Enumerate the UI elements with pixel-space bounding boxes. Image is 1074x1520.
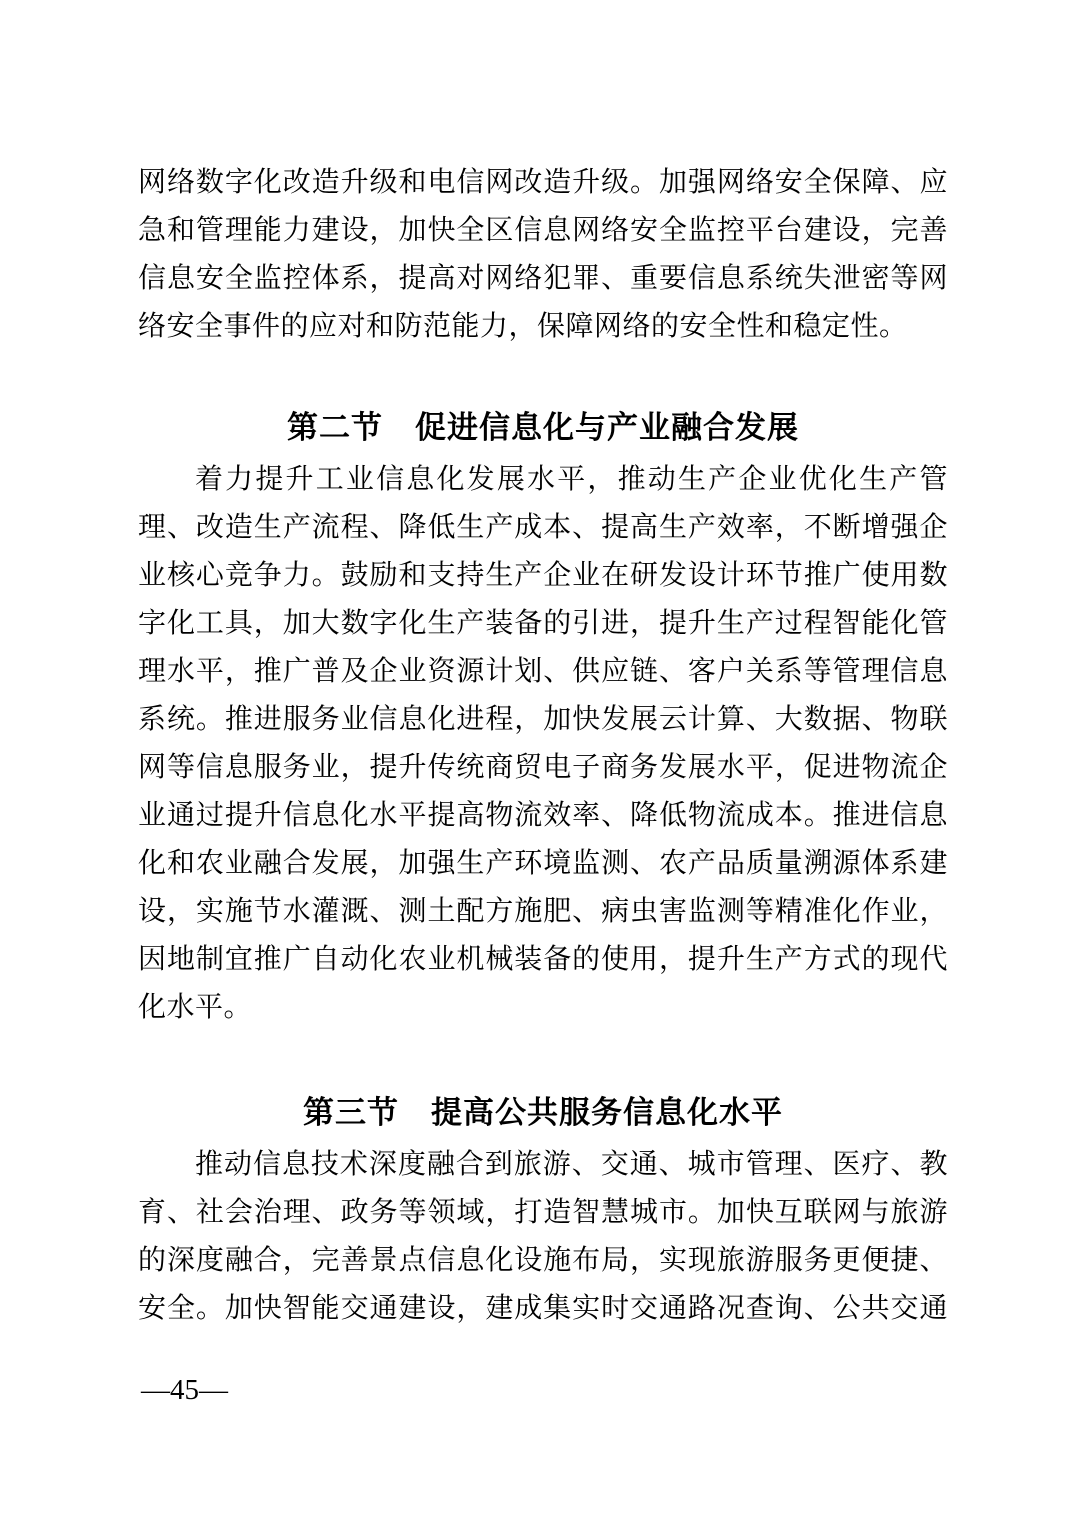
- text-line: 信息安全监控体系，提高对网络犯罪、重要信息系统失泄密等网: [138, 255, 948, 303]
- text-line: 化和农业融合发展，加强生产环境监测、农产品质量溯源体系建: [138, 840, 948, 888]
- text-line: 育、社会治理、政务等领域，打造智慧城市。加快互联网与旅游: [138, 1189, 948, 1237]
- text-line: 推动信息技术深度融合到旅游、交通、城市管理、医疗、教: [138, 1141, 948, 1189]
- text-line: 化水平。: [138, 984, 948, 1032]
- text-line: 业通过提升信息化水平提高物流效率、降低物流成本。推进信息: [138, 792, 948, 840]
- page-number: —45—: [141, 1366, 228, 1414]
- section-heading-2: 第二节 促进信息化与产业融合发展: [138, 404, 948, 452]
- text-line: 络安全事件的应对和防范能力，保障网络的安全性和稳定性。: [138, 303, 948, 351]
- paragraph-network-security: 网络数字化改造升级和电信网改造升级。加强网络安全保障、应 急和管理能力建设，加快…: [138, 159, 948, 351]
- text-line: 因地制宜推广自动化农业机械装备的使用，提升生产方式的现代: [138, 936, 948, 984]
- text-line: 着力提升工业信息化发展水平，推动生产企业优化生产管: [138, 456, 948, 504]
- text-line: 理水平，推广普及企业资源计划、供应链、客户关系等管理信息: [138, 648, 948, 696]
- text-line: 设，实施节水灌溉、测土配方施肥、病虫害监测等精准化作业，: [138, 888, 948, 936]
- text-line: 安全。加快智能交通建设，建成集实时交通路况查询、公共交通: [138, 1285, 948, 1333]
- text-line: 业核心竞争力。鼓励和支持生产企业在研发设计环节推广使用数: [138, 552, 948, 600]
- text-line: 急和管理能力建设，加快全区信息网络安全监控平台建设，完善: [138, 207, 948, 255]
- text-line: 网络数字化改造升级和电信网改造升级。加强网络安全保障、应: [138, 159, 948, 207]
- text-line: 理、改造生产流程、降低生产成本、提高生产效率，不断增强企: [138, 504, 948, 552]
- section-heading-3: 第三节 提高公共服务信息化水平: [138, 1089, 948, 1137]
- document-page: 网络数字化改造升级和电信网改造升级。加强网络安全保障、应 急和管理能力建设，加快…: [0, 0, 1074, 1520]
- paragraph-industry-integration: 着力提升工业信息化发展水平，推动生产企业优化生产管 理、改造生产流程、降低生产成…: [138, 456, 948, 1032]
- text-block: 网络数字化改造升级和电信网改造升级。加强网络安全保障、应 急和管理能力建设，加快…: [0, 0, 1074, 1333]
- text-line: 字化工具，加大数字化生产装备的引进，提升生产过程智能化管: [138, 600, 948, 648]
- text-line: 网等信息服务业，提升传统商贸电子商务发展水平，促进物流企: [138, 744, 948, 792]
- text-line: 系统。推进服务业信息化进程，加快发展云计算、大数据、物联: [138, 696, 948, 744]
- paragraph-public-services: 推动信息技术深度融合到旅游、交通、城市管理、医疗、教 育、社会治理、政务等领域，…: [138, 1141, 948, 1333]
- text-line: 的深度融合，完善景点信息化设施布局，实现旅游服务更便捷、: [138, 1237, 948, 1285]
